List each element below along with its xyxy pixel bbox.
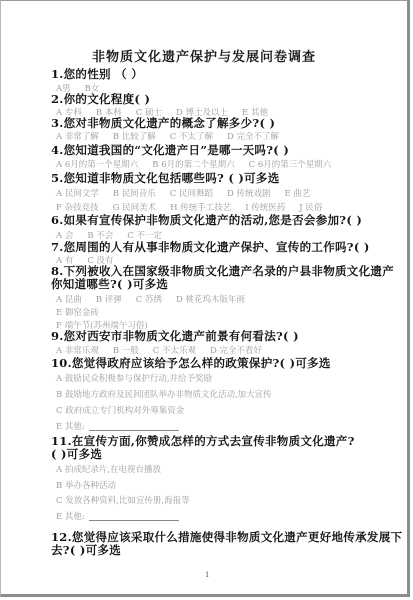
option: E 御窑金砖 xyxy=(56,308,99,318)
option: C 6月的第三个星期六 xyxy=(249,160,332,170)
question-3: 3.您对非物质文化遗产的概念了解多少?( ) xyxy=(51,115,275,131)
question-11-line-2: ( )可多选 xyxy=(51,446,102,462)
question-11-option-c: C 发放各种资料,比如宣传册,海报等 xyxy=(56,494,190,506)
other-blank-line xyxy=(89,422,179,431)
option: D 传统戏剧 xyxy=(227,189,271,199)
option: A 昆曲 xyxy=(56,295,82,305)
question-1: 1.您的性别 （ ） xyxy=(51,66,143,82)
option-label: E 其他: xyxy=(56,422,85,432)
question-10-option-c: C 政府成立专门机构对外筹集资金 xyxy=(56,404,184,416)
page-title: 非物质文化遗产保护与发展问卷调查 xyxy=(1,46,407,65)
page-number: 1 xyxy=(205,571,209,579)
option: D 完全不了解 xyxy=(227,132,279,142)
question-8-options-row-1: A 昆曲B 评弹C 苏绣D 桃花坞木版年画 xyxy=(56,293,259,305)
option: B 评弹 xyxy=(96,295,122,305)
option: B 民间音乐 xyxy=(113,189,156,199)
question-4: 4.您知道我国的“文化遗产日”是哪一天吗?( ) xyxy=(51,142,289,158)
question-5: 5.您知道非物质文化包括哪些吗? ( )可多选 xyxy=(51,170,280,186)
question-5-options-row-1: A 民间文学B 民间音乐C 民间舞蹈D 传统戏剧E 曲艺 xyxy=(56,187,324,199)
question-10-option-a: A 鼓励民众积极参与保护行动,并给予奖励 xyxy=(56,372,212,384)
question-4-options: A 6月的第一个星期六B 6月的第二个星期六C 6月的第三个星期六 xyxy=(56,158,345,170)
question-11-option-b: B 举办各种活动 xyxy=(56,479,116,491)
option: D 桃花坞木版年画 xyxy=(176,295,245,305)
other-blank-line xyxy=(89,512,179,521)
question-7: 7.您周围的人有从事非物质文化遗产保护、宣传的工作吗?( ) xyxy=(51,239,370,255)
option: E 曲艺 xyxy=(285,189,311,199)
option: A 非常了解 xyxy=(56,132,99,142)
option: A 6月的第一个星期六 xyxy=(56,160,138,170)
question-8-options-row-2: E 御窑金砖 xyxy=(56,306,113,318)
question-11-option-e: E 其他: xyxy=(56,510,193,522)
question-9: 9.您对西安市非物质文化遗产前景有何看法?( ) xyxy=(51,328,299,344)
question-10-option-b: B 鼓励地方政府及民间团队举办非物质文化活动,加大宣传 xyxy=(56,388,272,400)
option-label: E 其他: xyxy=(56,512,85,522)
document-page: 非物质文化遗产保护与发展问卷调查 1.您的性别 （ ） A男B女 2.你的文化程… xyxy=(0,0,410,597)
option: B 6月的第二个星期六 xyxy=(152,160,234,170)
question-10: 10.您觉得政府应该给予怎么样的政策保护?( )可多选 xyxy=(51,355,331,371)
question-3-options: A 非常了解B 比较了解C 不太了解D 完全不了解 xyxy=(56,130,293,142)
option: C 民间舞蹈 xyxy=(170,189,213,199)
question-10-option-e: E 其他: xyxy=(56,420,193,432)
question-6: 6.如果有宣传保护非物质文化遗产的活动,您是否会参加?( ) xyxy=(51,212,362,228)
option: C 苏绣 xyxy=(136,295,162,305)
question-12-line-2: 去?( )可多选 xyxy=(51,542,121,558)
option: B 比较了解 xyxy=(113,132,156,142)
option: A 民间文学 xyxy=(56,189,99,199)
question-11-option-a: A 拍成纪录片,在电视台播放 xyxy=(56,463,161,475)
question-2: 2.你的文化程度( ) xyxy=(51,91,150,107)
option: C 不太了解 xyxy=(170,132,213,142)
question-8-line-2: 你知道哪些?( )可多选 xyxy=(51,276,168,292)
